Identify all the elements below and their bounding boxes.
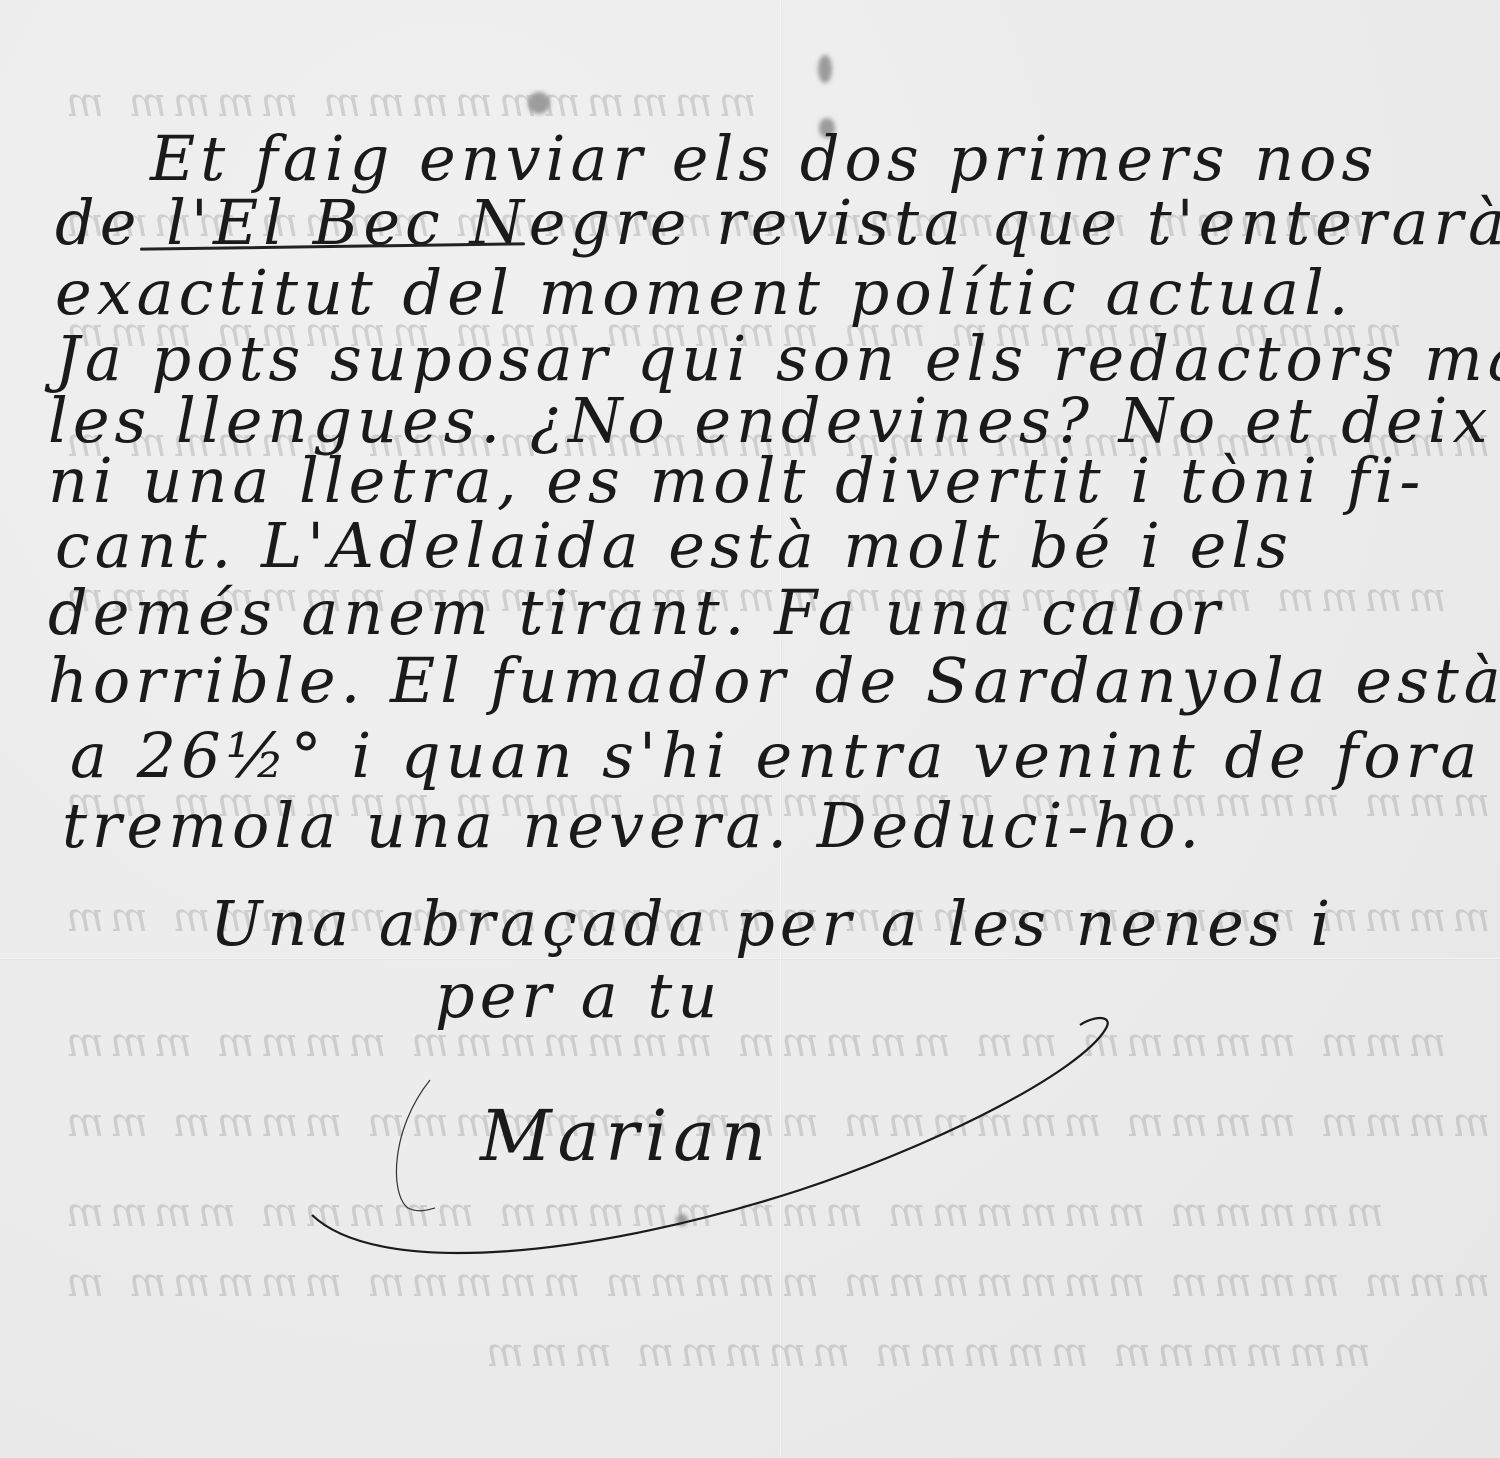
letter-page: mmmmmmmmmm mmmm m mmmmm mmmmmmm mmmmmmmm… — [0, 0, 1500, 1458]
letter-line-2: de l'El Bec Negre revista que t'enterarà… — [55, 192, 1500, 254]
letter-line-5: les llengues. ¿No endevines? No et deix — [48, 390, 1492, 452]
letter-line-9: horrible. El fumador de Sardanyola està — [48, 650, 1500, 712]
bleed-through-text: mmmmmm mmmmm mmmmm mmm — [480, 1330, 1371, 1376]
bleed-through-text: mmmmmmmmmm mmmm m — [60, 80, 756, 126]
letter-line-8: demés anem tirant. Fa una calor — [48, 582, 1225, 644]
letter-line-4: Ja pots suposar qui son els redactors ma… — [55, 328, 1500, 390]
signature-flourish-icon — [300, 1010, 1130, 1270]
letter-line-11: tremola una nevera. Deduci-ho. — [62, 795, 1204, 857]
letter-line-1: Et faig enviar els dos primers nos — [150, 128, 1378, 190]
letter-line-6: ni una lletra, es molt divertit i tòni f… — [48, 450, 1425, 512]
letter-line-3: exactitut del moment polític actual. — [55, 262, 1354, 324]
closing-line-1: Una abraçada per a les nenes i — [210, 893, 1335, 955]
ink-stain — [818, 55, 832, 83]
letter-line-10: a 26½° i quan s'hi entra venint de fora — [70, 725, 1482, 787]
letter-line-7: cant. L'Adelaida està molt bé i els — [55, 515, 1293, 577]
